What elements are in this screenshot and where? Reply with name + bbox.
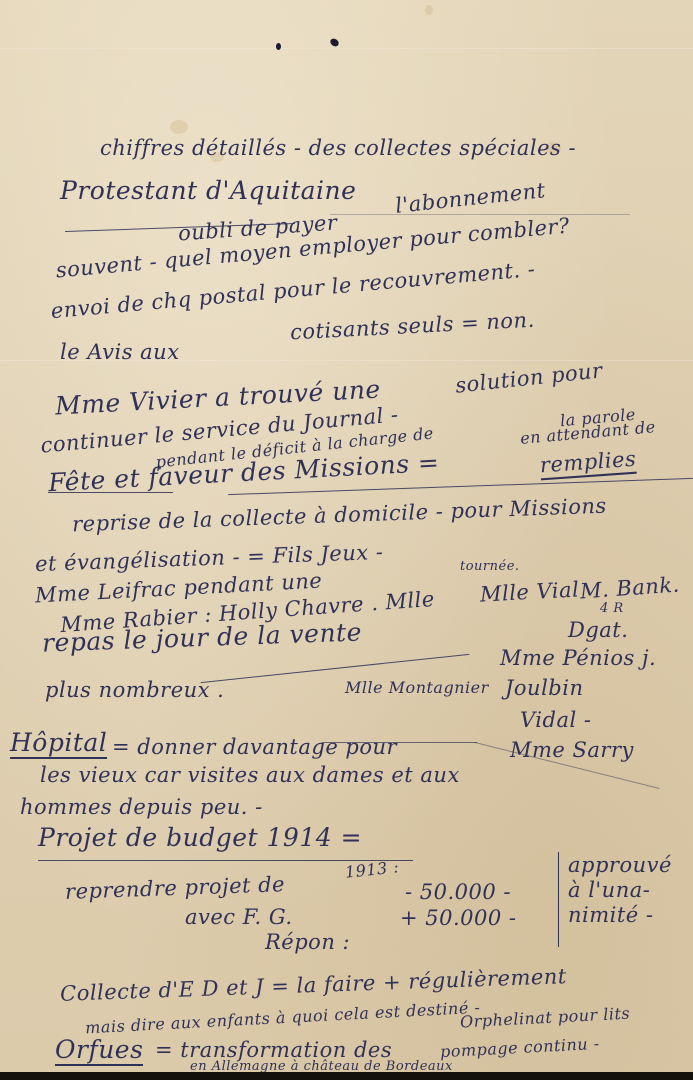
text-line: = donner davantage pour: [112, 737, 397, 758]
bracket: [558, 852, 559, 947]
paper-fold: [0, 48, 693, 49]
text-line: Mme Sarry: [510, 740, 634, 761]
section-orfues: Orfues: [55, 1037, 143, 1066]
text-line: remplies: [539, 449, 637, 481]
scan-bottom-edge: [0, 1072, 693, 1080]
text-line: tournée.: [460, 560, 520, 573]
text-line: plus nombreux .: [45, 680, 224, 701]
text-line: pompage continu -: [440, 1036, 600, 1060]
text-line: Orphelinat pour lits: [460, 1006, 631, 1031]
text-line: approuvé: [568, 855, 672, 876]
text-line: cotisants seuls = non.: [290, 310, 536, 344]
paper-stain: [170, 120, 188, 134]
text-line: reprendre projet de: [65, 874, 286, 903]
text-line: - 50.000 -: [405, 882, 511, 903]
ink-blot: [329, 37, 340, 48]
text-line: avec F. G.: [185, 907, 293, 928]
text-line: en attendant de: [520, 419, 657, 447]
section-hopital: Hôpital: [10, 730, 107, 759]
text-line: l'abonnement: [394, 180, 546, 217]
paper-stain: [425, 5, 433, 15]
text-line: nimité -: [568, 905, 654, 926]
ink-blot: [276, 43, 281, 50]
text-line: M. Bank.: [579, 575, 680, 603]
text-line: à l'una-: [568, 880, 650, 901]
section-budget: Projet de budget 1914 =: [38, 825, 362, 850]
text-line: en Allemagne à château de Bordeaux: [190, 1060, 453, 1072]
text-line: Mlle Montagnier: [345, 680, 489, 696]
text-line: les vieux car visites aux dames et aux: [40, 765, 460, 786]
text-line: = transformation des: [155, 1040, 392, 1061]
text-line: solution pour: [454, 360, 603, 396]
text-line: Joulbin: [505, 678, 584, 699]
text-line: 1913 :: [344, 859, 400, 881]
text-line: le Avis aux: [60, 342, 180, 363]
text-line: Mlle Vial: [480, 579, 580, 605]
text-line: Vidal -: [520, 710, 591, 731]
text-line: hommes depuis peu. -: [20, 797, 263, 818]
heading-protestant: Protestant d'Aquitaine: [60, 178, 356, 203]
text-line: + 50.000 -: [400, 908, 517, 929]
underline: [48, 492, 173, 493]
text-line: reprise de la collecte à domicile - pour…: [72, 496, 607, 536]
text-line: mais dire aux enfants à quoi cela est de…: [85, 1000, 481, 1037]
text-line: Répon :: [265, 932, 350, 953]
text-line: et évangélisation - = Fils Jeux -: [35, 542, 384, 575]
text-line: Mme Pénios j.: [500, 648, 656, 669]
text-line: Collecte d'E D et J = la faire + réguliè…: [60, 966, 567, 1005]
heading-collectes: chiffres détaillés - des collectes spéci…: [100, 138, 576, 159]
manuscript-page: chiffres détaillés - des collectes spéci…: [0, 0, 693, 1072]
faint-rule: [330, 214, 630, 215]
text-line: Dgat.: [568, 620, 628, 641]
text-line: 4 R: [600, 602, 624, 615]
